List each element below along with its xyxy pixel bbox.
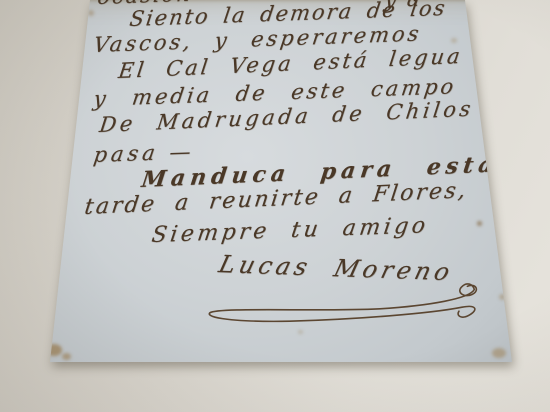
signature-flourish [190, 275, 481, 338]
handwriting: ocasión y a Siento la demora de los Vasc… [0, 0, 550, 412]
paper-shadow: ocasión y a Siento la demora de los Vasc… [0, 0, 550, 412]
letter-paper: ocasión y a Siento la demora de los Vasc… [0, 0, 550, 412]
handwriting-line: pasa — [92, 139, 196, 167]
letter-photo: ocasión y a Siento la demora de los Vasc… [0, 0, 550, 412]
closing-line: Siempre tu amigo [150, 213, 430, 248]
